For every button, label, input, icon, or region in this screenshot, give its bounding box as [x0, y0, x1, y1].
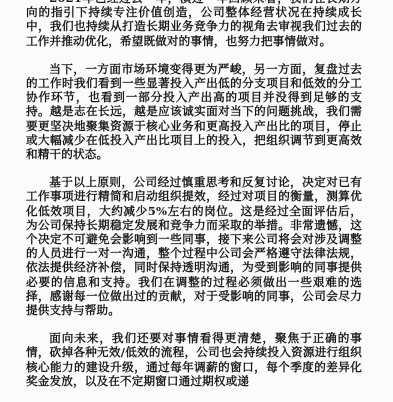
- paragraph-decision: 基于以上原则，公司经过慎重思考和反复讨论，决定对已有工作事项进行精简和启动组织提…: [26, 175, 362, 267]
- document-page: 2021年已经过去一年，演过一年回顾来看，我们在长期方向的指引下持续专注价值创造…: [26, 0, 362, 267]
- paragraph-intro: 2021年已经过去一年，演过一年回顾来看，我们在长期方向的指引下持续专注价值创造…: [26, 0, 362, 48]
- paragraph-current-situation: 当下，一方面市场环境变得更为严峻，另一方面，复盘过去的工作时我们看到一些显著投入…: [26, 62, 362, 161]
